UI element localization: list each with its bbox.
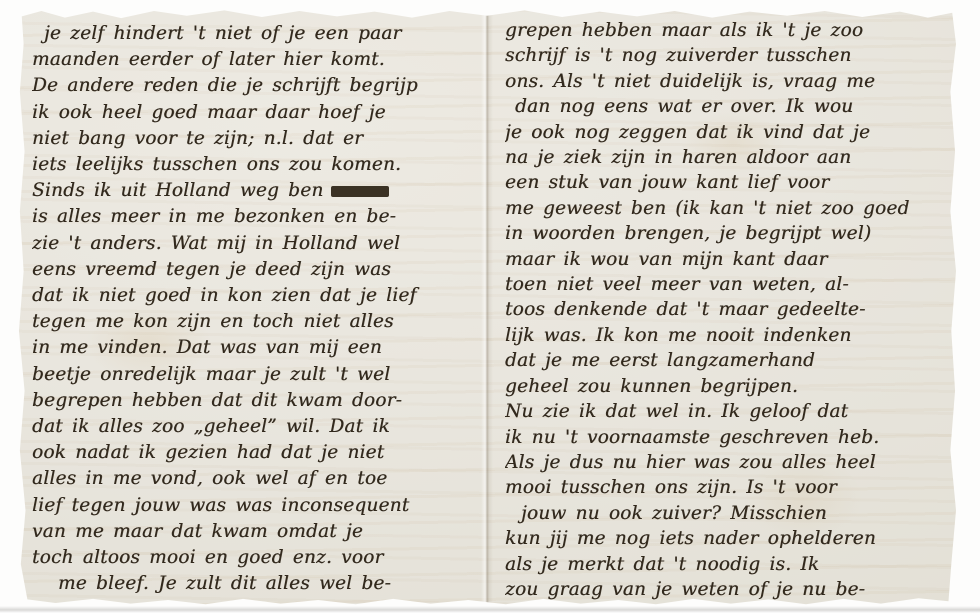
handwritten-line: maanden eerder of later hier komt. — [32, 47, 482, 73]
handwritten-line: alles in me vond, ook wel af en toe — [32, 466, 482, 492]
handwritten-line: dat ik alles zoo „geheel” wil. Dat ik — [32, 414, 482, 440]
handwritten-line: grepen hebben maar als ik 't je zoo — [505, 18, 955, 43]
handwritten-line: De andere reden die je schrijft begrijp — [32, 73, 482, 99]
handwritten-line: beetje onredelijk maar je zult 't wel — [32, 362, 482, 388]
center-fold — [481, 8, 493, 606]
handwritten-line: is alles meer in me bezonken en be- — [32, 204, 482, 230]
handwritten-line: je zelf hindert 't niet of je een paar — [44, 21, 482, 47]
handwritten-line: lief tegen jouw was was inconsequent — [32, 493, 482, 519]
handwritten-line: tegen me kon zijn en toch niet alles — [32, 309, 482, 335]
letter-sheet: je zelf hindert 't niet of je een paarma… — [18, 8, 956, 606]
handwritten-line: als je merkt dat 't noodig is. Ik — [505, 552, 955, 577]
handwritten-line: maar ik wou van mijn kant daar — [505, 247, 955, 272]
handwritten-line: ik nu 't voornaamste geschreven heb. — [505, 425, 955, 450]
handwritten-line: toch altoos mooi en goed enz. voor — [32, 545, 482, 571]
handwritten-line: zie 't anders. Wat mij in Holland wel — [32, 231, 482, 257]
handwritten-line: zou graag van je weten of je nu be- — [505, 577, 955, 602]
handwritten-line: jouw nu ook zuiver? Misschien — [521, 501, 955, 526]
handwritten-line: na je ziek zijn in haren aldoor aan — [505, 145, 955, 170]
handwritten-line: je ook nog zeggen dat ik vind dat je — [505, 120, 955, 145]
handwritten-line: in me vinden. Dat was van mij een — [32, 335, 482, 361]
handwritten-line: me geweest ben (ik kan 't niet zoo goed — [505, 196, 955, 221]
handwritten-line: Als je dus nu hier was zou alles heel — [505, 450, 955, 475]
handwritten-line: Sinds ik uit Holland weg ben — [32, 178, 482, 204]
handwritten-line: iets leelijks tusschen ons zou komen. — [32, 152, 482, 178]
handwritten-line: een stuk van jouw kant lief voor — [505, 170, 955, 195]
handwritten-line: mooi tusschen ons zijn. Is 't voor — [505, 475, 955, 500]
handwritten-line: lijk was. Ik kon me nooit indenken — [505, 323, 955, 348]
handwritten-line: geheel zou kunnen begrijpen. — [505, 374, 955, 399]
handwritten-line: eens vreemd tegen je deed zijn was — [32, 257, 482, 283]
handwritten-line: niet bang voor te zijn; n.l. dat er — [32, 126, 482, 152]
handwritten-line: begrepen hebben dat dit kwam door- — [32, 388, 482, 414]
handwritten-line: ook nadat ik gezien had dat je niet — [32, 440, 482, 466]
photo-background: je zelf hindert 't niet of je een paarma… — [0, 0, 980, 613]
letter-page-right: grepen hebben maar als ik 't je zooschri… — [505, 8, 955, 606]
handwritten-line: in woorden brengen, je begrijpt wel) — [505, 221, 955, 246]
handwritten-line: ons. Als 't niet duidelijk is, vraag me — [505, 69, 955, 94]
handwritten-line: van me maar dat kwam omdat je — [32, 519, 482, 545]
struck-out-word — [331, 186, 389, 197]
handwritten-line: dat je me eerst langzamerhand — [505, 348, 955, 373]
handwritten-line: Nu zie ik dat wel in. Ik geloof dat — [505, 399, 955, 424]
handwritten-line: dan nog eens wat er over. Ik wou — [515, 94, 955, 119]
letter-page-left: je zelf hindert 't niet of je een paarma… — [32, 8, 482, 606]
handwritten-line: toen niet veel meer van weten, al- — [505, 272, 955, 297]
handwritten-line: me bleef. Je zult dit alles wel be- — [58, 571, 482, 597]
handwritten-line: kun jij me nog iets nader ophelderen — [505, 526, 955, 551]
handwritten-line: schrijf is 't nog zuiverder tusschen — [505, 43, 955, 68]
handwritten-line: toos denkende dat 't maar gedeelte- — [505, 297, 955, 322]
handwritten-line: ik ook heel goed maar daar hoef je — [32, 100, 482, 126]
handwritten-line: dat ik niet goed in kon zien dat je lief — [32, 283, 482, 309]
